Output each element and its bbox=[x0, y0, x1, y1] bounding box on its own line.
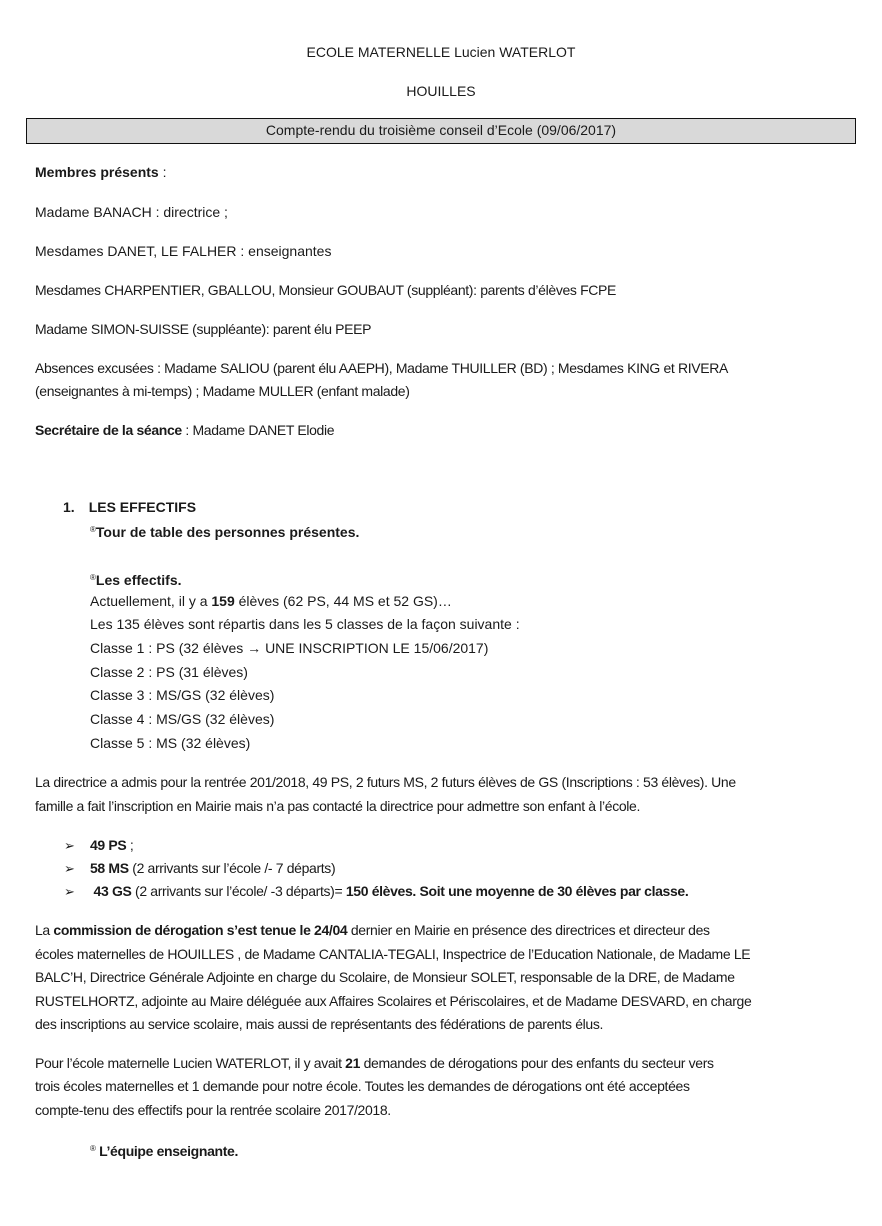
absences-line: Absences excusées : Madame SALIOU (paren… bbox=[35, 359, 728, 377]
city-name: HOUILLES bbox=[0, 82, 882, 100]
forecast-item: ➢ 43 GS (2 arrivants sur l’école/ -3 dép… bbox=[64, 882, 688, 901]
distribution-line: Les 135 élèves sont répartis dans les 5 … bbox=[90, 615, 520, 633]
forecast-item: ➢58 MS (2 arrivants sur l’école /- 7 dép… bbox=[64, 859, 335, 878]
commission-line: BALC’H, Directrice Générale Adjointe en … bbox=[35, 968, 735, 986]
class-line: Classe 5 : MS (32 élèves) bbox=[90, 734, 250, 752]
commission-line: des inscriptions au service scolaire, ma… bbox=[35, 1015, 603, 1033]
derogations-line: trois écoles maternelles et 1 demande po… bbox=[35, 1077, 690, 1095]
subheading-tour-de-table: ®Tour de table des personnes présentes. bbox=[90, 521, 359, 541]
member-line: Madame SIMON-SUISSE (suppléante): parent… bbox=[35, 320, 371, 338]
arrow-bullet-icon: ➢ bbox=[64, 883, 90, 901]
section-heading: 1.LES EFFECTIFS bbox=[63, 498, 196, 516]
member-line: Mesdames DANET, LE FALHER : enseignantes bbox=[35, 242, 331, 260]
member-line: Madame BANACH : directrice ; bbox=[35, 203, 228, 221]
class-line: Classe 2 : PS (31 élèves) bbox=[90, 663, 248, 681]
absences-line: (enseignantes à mi-temps) ; Madame MULLE… bbox=[35, 382, 410, 400]
class-line: Classe 3 : MS/GS (32 élèves) bbox=[90, 686, 274, 704]
derogations-line: compte-tenu des effectifs pour la rentré… bbox=[35, 1101, 391, 1119]
secretary-line: Secrétaire de la séance : Madame DANET E… bbox=[35, 421, 334, 439]
forecast-item: ➢49 PS ; bbox=[64, 836, 133, 855]
subheading-effectifs: ®Les effectifs. bbox=[90, 569, 182, 589]
class-line: Classe 4 : MS/GS (32 élèves) bbox=[90, 710, 274, 728]
subheading-equipe: ® L’équipe enseignante. bbox=[90, 1140, 238, 1160]
admission-line: famille a fait l’inscription en Mairie m… bbox=[35, 797, 640, 815]
class-line: Classe 1 : PS (32 élèves → UNE INSCRIPTI… bbox=[90, 639, 488, 657]
current-enrollment: Actuellement, il y a 159 élèves (62 PS, … bbox=[90, 592, 452, 610]
derogations-line: Pour l’école maternelle Lucien WATERLOT,… bbox=[35, 1054, 714, 1072]
member-line: Mesdames CHARPENTIER, GBALLOU, Monsieur … bbox=[35, 281, 616, 299]
commission-line: RUSTELHORTZ, adjointe au Maire déléguée … bbox=[35, 992, 751, 1010]
commission-line: écoles maternelles de HOUILLES , de Mada… bbox=[35, 945, 750, 963]
admission-line: La directrice a admis pour la rentrée 20… bbox=[35, 773, 736, 791]
commission-line: La commission de dérogation s’est tenue … bbox=[35, 921, 710, 939]
members-heading: Membres présents : bbox=[35, 163, 167, 181]
arrow-bullet-icon: ➢ bbox=[64, 837, 90, 855]
arrow-bullet-icon: ➢ bbox=[64, 860, 90, 878]
school-name: ECOLE MATERNELLE Lucien WATERLOT bbox=[0, 43, 882, 61]
report-title: Compte-rendu du troisième conseil d’Ecol… bbox=[26, 118, 856, 144]
